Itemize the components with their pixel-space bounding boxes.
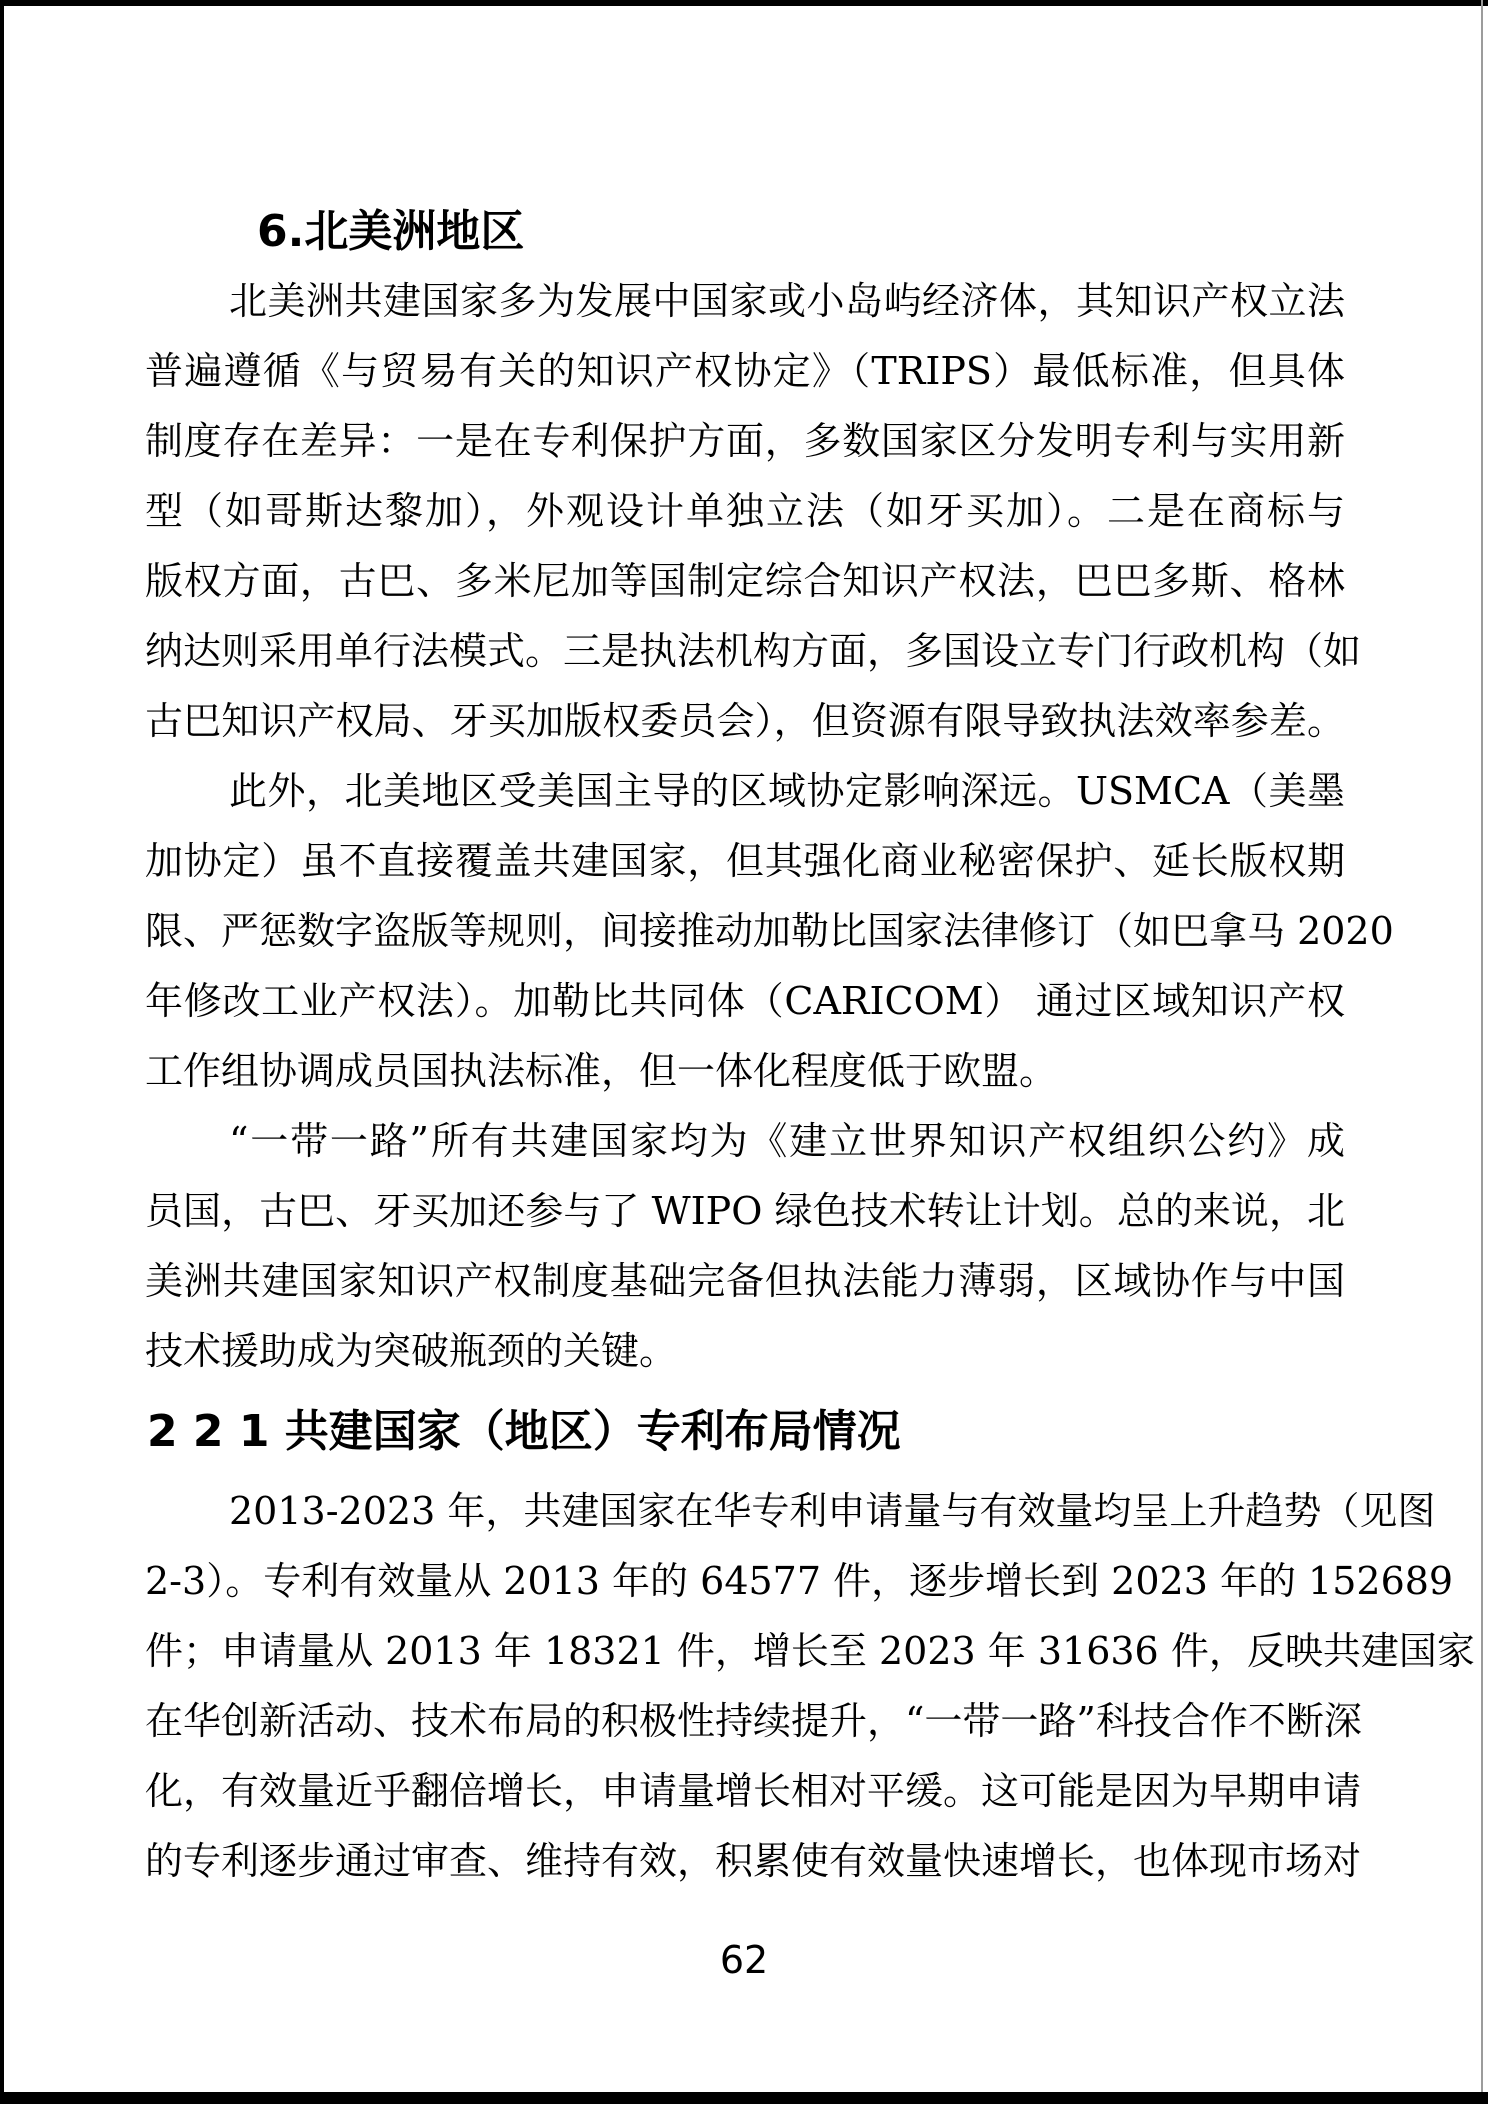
page-border-left [0,0,4,2104]
paragraph-line: 型（如哥斯达黎加），外观设计单独立法（如牙买加）。二是在商标与 [145,476,1345,546]
paragraph-line: 美洲共建国家知识产权制度基础完备但执法能力薄弱，区域协作与中国 [145,1246,1345,1316]
paragraph-line: 北美洲共建国家多为发展中国家或小岛屿经济体，其知识产权立法 [145,266,1345,336]
paragraph-line: 技术援助成为突破瓶颈的关键。 [145,1316,1345,1386]
paragraph: 此外，北美地区受美国主导的区域协定影响深远。USMCA（美墨加协定）虽不直接覆盖… [145,756,1345,1106]
paragraph-line: 普遍遵循《与贸易有关的知识产权协定》（TRIPS）最低标准，但具体 [145,336,1345,406]
paragraph: 北美洲共建国家多为发展中国家或小岛屿经济体，其知识产权立法普遍遵循《与贸易有关的… [145,266,1345,756]
paragraph-line: 纳达则采用单行法模式。三是执法机构方面，多国设立专门行政机构（如 [145,616,1345,686]
page-border-right [1481,0,1483,2104]
page-border-bottom [0,2092,1488,2104]
document-page: 6.北美洲地区北美洲共建国家多为发展中国家或小岛屿经济体，其知识产权立法普遍遵循… [0,0,1488,2104]
paragraph-line: 化，有效量近乎翻倍增长，申请量增长相对平缓。这可能是因为早期申请 [145,1756,1345,1826]
paragraph-line: 制度存在差异：一是在专利保护方面，多数国家区分发明专利与实用新 [145,406,1345,476]
paragraph-line: 2-3）。专利有效量从 2013 年的 64577 件，逐步增长到 2023 年… [145,1546,1345,1616]
paragraph-line: 工作组协调成员国执法标准，但一体化程度低于欧盟。 [145,1036,1345,1106]
section-heading-6-north-america: 6.北美洲地区 [257,206,1345,258]
paragraph-line: 限、严惩数字盗版等规则，间接推动加勒比国家法律修订（如巴拿马 2020 [145,896,1345,966]
paragraph-line: 加协定）虽不直接覆盖共建国家，但其强化商业秘密保护、延长版权期 [145,826,1345,896]
section-heading-221-patent-layout: 2 2 1 共建国家（地区）专利布局情况 [147,1406,1345,1458]
paragraph-line: “一带一路”所有共建国家均为《建立世界知识产权组织公约》成 [145,1106,1345,1176]
paragraph-line: 年修改工业产权法）。加勒比共同体（CARICOM） 通过区域知识产权 [145,966,1345,1036]
paragraph-line: 此外，北美地区受美国主导的区域协定影响深远。USMCA（美墨 [145,756,1345,826]
paragraph-line: 版权方面，古巴、多米尼加等国制定综合知识产权法，巴巴多斯、格林 [145,546,1345,616]
paragraph-line: 古巴知识产权局、牙买加版权委员会），但资源有限导致执法效率参差。 [145,686,1345,756]
page-number: 62 [0,1938,1488,1982]
page-content: 6.北美洲地区北美洲共建国家多为发展中国家或小岛屿经济体，其知识产权立法普遍遵循… [145,0,1345,1896]
paragraph-line: 在华创新活动、技术布局的积极性持续提升，“一带一路”科技合作不断深 [145,1686,1345,1756]
paragraph: “一带一路”所有共建国家均为《建立世界知识产权组织公约》成员国，古巴、牙买加还参… [145,1106,1345,1386]
paragraph-line: 的专利逐步通过审查、维持有效，积累使有效量快速增长，也体现市场对 [145,1826,1345,1896]
paragraph-line: 员国，古巴、牙买加还参与了 WIPO 绿色技术转让计划。总的来说，北 [145,1176,1345,1246]
paragraph-line: 2013-2023 年，共建国家在华专利申请量与有效量均呈上升趋势（见图 [145,1476,1345,1546]
paragraph-line: 件；申请量从 2013 年 18321 件，增长至 2023 年 31636 件… [145,1616,1345,1686]
paragraph: 2013-2023 年，共建国家在华专利申请量与有效量均呈上升趋势（见图2-3）… [145,1476,1345,1896]
